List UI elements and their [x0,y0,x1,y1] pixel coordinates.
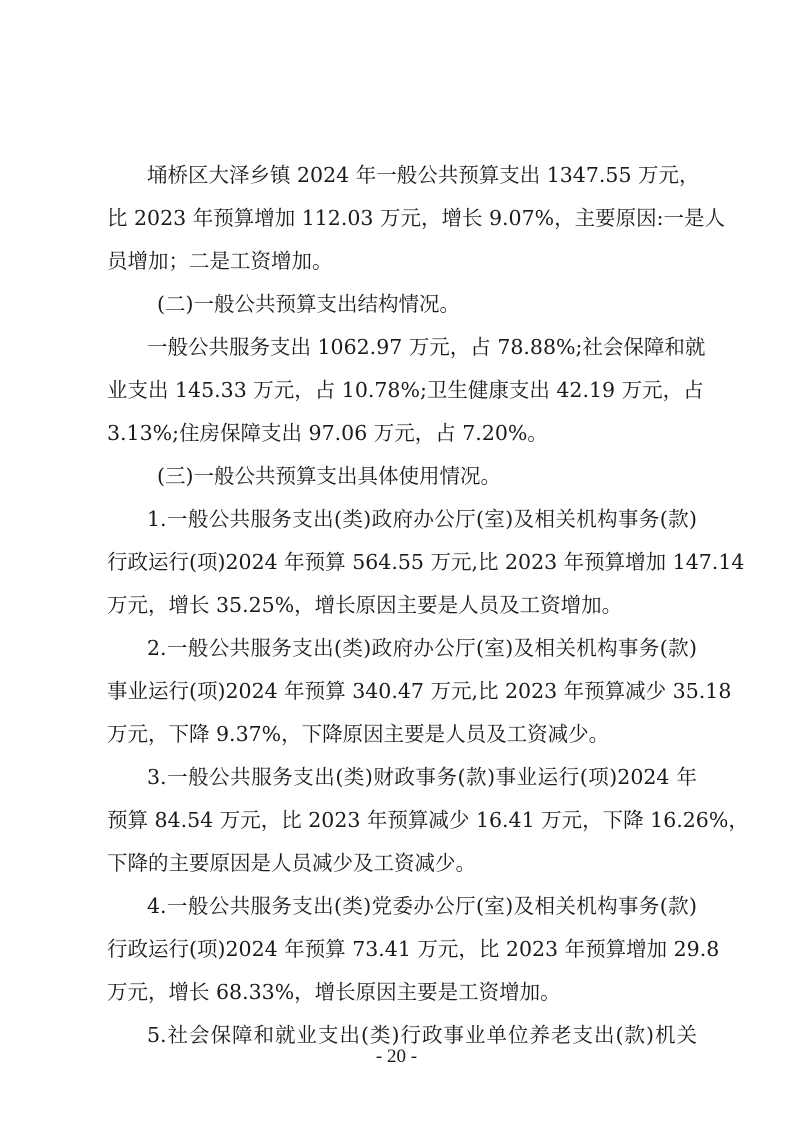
paragraph-summary-line-3: 员增加；二是工资增加。 [107,246,697,276]
item-1-line-2: 行政运行(项)2024 年预算 564.55 万元,比 2023 年预算增加 1… [107,547,697,577]
item-3-line-3: 下降的主要原因是人员减少及工资减少。 [107,848,697,878]
item-4-line-3: 万元，增长 68.33%，增长原因主要是工资增加。 [107,977,697,1007]
paragraph-summary-line-2: 比 2023 年预算增加 112.03 万元，增长 9.07%，主要原因:一是人 [107,203,697,233]
paragraph-summary-line-1: 埇桥区大泽乡镇 2024 年一般公共预算支出 1347.55 万元， [147,160,697,190]
item-2-line-1: 2.一般公共服务支出(类)政府办公厅(室)及相关机构事务(款) [147,633,697,663]
item-4-line-2: 行政运行(项)2024 年预算 73.41 万元，比 2023 年预算增加 29… [107,934,697,964]
section-heading-structure: (二)一般公共预算支出结构情况。 [157,289,460,319]
section-heading-usage: (三)一般公共预算支出具体使用情况。 [157,461,501,491]
item-1-line-3: 万元，增长 35.25%，增长原因主要是人员及工资增加。 [107,590,697,620]
item-2-line-3: 万元，下降 9.37%，下降原因主要是人员及工资减少。 [107,719,697,749]
paragraph-structure-line-2: 业支出 145.33 万元，占 10.78%;卫生健康支出 42.19 万元，占 [107,375,697,405]
item-2-line-2: 事业运行(项)2024 年预算 340.47 万元,比 2023 年预算减少 3… [107,676,697,706]
item-1-line-1: 1.一般公共服务支出(类)政府办公厅(室)及相关机构事务(款) [147,504,697,534]
item-4-line-1: 4.一般公共服务支出(类)党委办公厅(室)及相关机构事务(款) [147,891,697,921]
document-page: 埇桥区大泽乡镇 2024 年一般公共预算支出 1347.55 万元， 比 202… [0,0,793,1122]
item-3-line-1: 3.一般公共服务支出(类)财政事务(款)事业运行(项)2024 年 [147,762,697,792]
page-number: - 20 - [0,1043,793,1071]
paragraph-structure-line-3: 3.13%;住房保障支出 97.06 万元，占 7.20%。 [107,418,697,448]
item-3-line-2: 预算 84.54 万元，比 2023 年预算减少 16.41 万元，下降 16.… [107,805,697,835]
paragraph-structure-line-1: 一般公共服务支出 1062.97 万元，占 78.88%;社会保障和就 [147,332,697,362]
